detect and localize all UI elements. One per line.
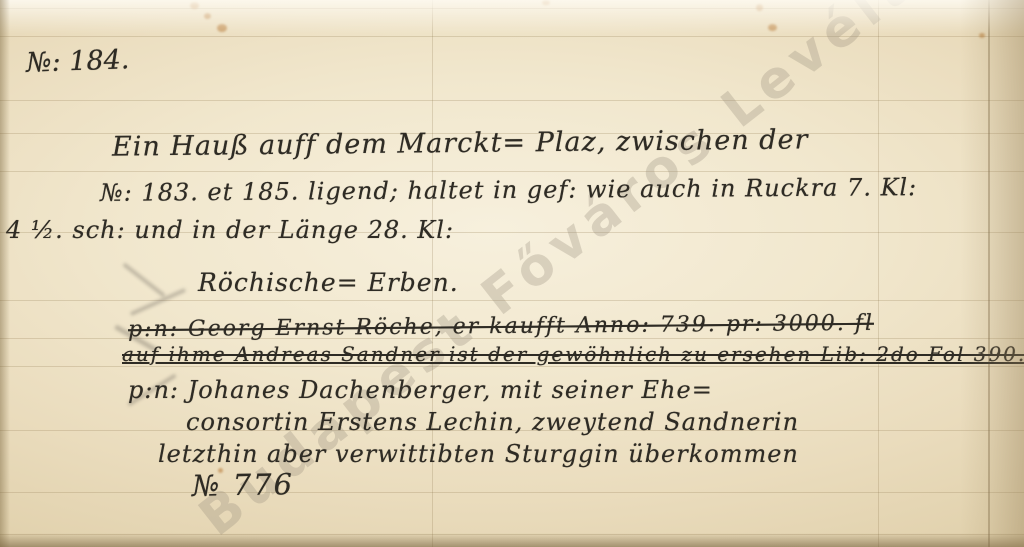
owner-heading: Röchische= Erben. [198, 268, 459, 297]
page-right-edge [960, 0, 1024, 547]
paper-rule-line [0, 100, 1024, 101]
ink-bleedthrough [122, 262, 165, 297]
foxing-stain [204, 13, 211, 19]
vertical-fold-line [878, 0, 879, 547]
foxing-stain [190, 2, 199, 9]
description-line-1: Ein Hauß auff dem Marckt= Plaz, zwischen… [112, 124, 809, 162]
page-left-edge [0, 0, 10, 547]
description-line-3: 4 ½. sch: und in der Länge 28. Kl: [6, 216, 454, 244]
page-top-edge [0, 0, 1024, 34]
entry-line-2: consortin Erstens Lechin, zweytend Sandn… [186, 408, 799, 436]
foxing-stain [768, 24, 777, 31]
description-line-2: №: 183. et 185. ligend; haltet in gef: w… [100, 173, 917, 207]
foxing-stain [756, 4, 763, 11]
entry-line-1: p:n: Johanes Dachenberger, mit seiner Eh… [128, 376, 713, 404]
entry-line-3: letzthin aber verwittibten Sturggin über… [158, 440, 799, 468]
foxing-stain [542, 0, 550, 5]
manuscript-scan-page: Budapest Főváros Levéltára №: 184. Ein H… [0, 0, 1024, 547]
foxing-stain [217, 24, 227, 32]
paper-rule-line [0, 492, 1024, 493]
house-number: №: 184. [25, 44, 129, 79]
paper-rule-line [0, 36, 1024, 37]
page-bottom-edge [0, 533, 1024, 547]
paper-rule-line [0, 366, 1024, 367]
struck-entry-line-2: auf ihme Andreas Sandner ist der gewöhnl… [122, 342, 1024, 366]
reference-number: № 776 [192, 467, 295, 503]
paper-rule-line [0, 8, 1024, 9]
paper-rule-line [0, 171, 1024, 172]
